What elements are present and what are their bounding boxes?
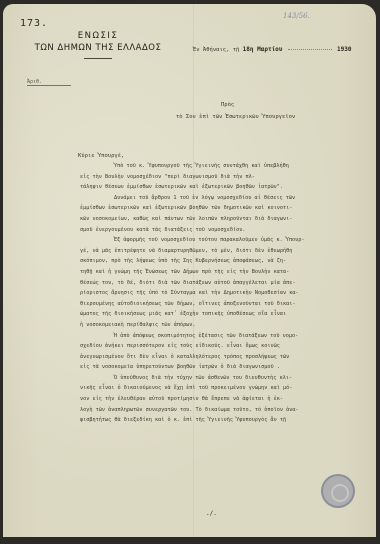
body-line: ἡ νοσοκομειακὴ περίθαλψις τῶν ἀπόρων. [80,320,365,331]
body-line: νον εἰς τὴν ἐλευθέραν αὐτοῦ προτίμησιν θ… [80,394,365,405]
body-line: τάληψιν θέσεων ἐμμίσθων ἐσωτερικῶν καὶ ἐ… [80,182,365,193]
body-line: ώματος τῆς διοικήσεως μιᾶς κατ᾽ ἐξοχὴν τ… [80,309,365,320]
body-line: νικῆς εἶναι ὁ δικαιούμενος νὰ ἔχῃ ἐπὶ το… [80,383,365,394]
body-line: θιερουμένης αὐτοδιοικήσεως τῶν δήμων, οἵ… [80,299,365,310]
dateline-dots [288,49,332,50]
body-line: θέσεώς του, τὸ δέ, διότι διὰ τῶν διατάξε… [80,278,365,289]
dateline-place: Ἐν Ἀθήναις, τῇ [193,47,239,53]
letterhead: ΕΝΩΣΙΣ ΤΩΝ ΔΗΜΩΝ ΤΗΣ ΕΛΛΑΔΟΣ [23,30,173,59]
letterhead-rule [84,58,112,59]
body-line: φισβητήτως θὰ διεξεδίκη καὶ ὁ κ. ἐπὶ τῆς… [80,415,365,426]
body-line: Ἐξ ἀφορμῆς τοῦ νομοσχεδίου τούτου παρακα… [80,235,365,246]
body-line: κῶν νοσοκομείων, καθὼς καὶ πάντων τῶν λο… [80,214,365,225]
document-page: 173. 143/56. ΕΝΩΣΙΣ ΤΩΝ ΔΗΜΩΝ ΤΗΣ ΕΛΛΑΔΟ… [3,4,376,538]
body-line: ἐμμίσθων ἐσωτερικῶν καὶ ἐξωτερικῶν βοηθῶ… [80,203,365,214]
scan-border [0,537,380,544]
body-line: σμοῦ ἐνεργουμένου κατὰ τὰς διατάξεις τοῦ… [80,225,365,236]
reference-number-field: Ἀριθ. [27,79,71,86]
body-line: ἀνεγνωρισμένον ὅτι δὲν εἶναι ὁ καταλληλό… [80,352,365,363]
dateline: Ἐν Ἀθήναις, τῇ 18η Μαρτίου 1930 [193,46,352,53]
body-line: γέ, νὰ μᾶς ἐπιτρέψητε νὰ διαμαρτυρηθῶμεν… [80,246,365,257]
body-line: Ὑπὸ τοῦ κ. Ὑφυπουργοῦ τῆς Ὑγιεινῆς συντά… [80,161,365,172]
body-line: Ὁ ὑπεύθυνος διὰ τὴν τύχην τῶν ἀσθενῶν το… [80,373,365,384]
dateline-year: 1930 [337,46,351,53]
addressee-to: Πρὸς [153,99,376,111]
letter-body: Ὑπὸ τοῦ κ. Ὑφυπουργοῦ τῆς Ὑγιεινῆς συντά… [80,161,365,426]
body-line: σκόπιμον, πρὸ τῆς λήψεως ὑπὸ τῆς Σης Κυβ… [80,256,365,267]
scan-frame: 173. 143/56. ΕΝΩΣΙΣ ΤΩΝ ΔΗΜΩΝ ΤΗΣ ΕΛΛΑΔΟ… [0,0,380,544]
body-line: Δυνάμει τοῦ ἄρθρου 1 τοῦ ἐν λόγῳ νομοσχε… [80,193,365,204]
salutation: Κύριε Ὑπουργέ, [78,153,124,159]
body-line: ρίοριστος ἄρνησις τῆς ὑπὸ τὸ Σύνταγμα κα… [80,288,365,299]
body-line: Ἡ ἀπὸ ἀπόψεως σκοπιμότητος ἐξέτασις τῶν … [80,331,365,342]
addressee-block: Πρὸς τὸ Σον ἐπὶ τῶν Ἐσωτερικῶν Ὑπουργεῖο… [153,99,376,123]
document-number: 173. [20,18,48,29]
addressee-recipient: τὸ Σον ἐπὶ τῶν Ἐσωτερικῶν Ὑπουργεῖον [153,111,376,123]
body-line: τηθῇ καὶ ἡ γνώμη τῆς Ἑνώσεως τῶν Δήμων π… [80,267,365,278]
archive-reference: 143/56. [283,12,310,20]
body-line: λογὴ τῶν ἀναπληρωτῶν συνεργατῶν του. Τὸ … [80,405,365,416]
dateline-day: 18η Μαρτίου [243,46,283,53]
body-line: εἰς τὰ νοσοκομεῖα ὑπηρετούντων βοηθῶν ἰα… [80,362,365,373]
body-line: σχεδίου ἀνήκει περισσότερον εἰς τοὺς εἰδ… [80,341,365,352]
archive-stamp-icon [321,474,355,508]
closing-mark: ./. [206,510,217,517]
body-line: εἰς τὴν Βουλὴν νομοσχέδιον "περὶ διαγωνι… [80,172,365,183]
letterhead-line-1: ΕΝΩΣΙΣ [23,30,173,42]
letterhead-line-2: ΤΩΝ ΔΗΜΩΝ ΤΗΣ ΕΛΛΑΔΟΣ [23,42,173,54]
